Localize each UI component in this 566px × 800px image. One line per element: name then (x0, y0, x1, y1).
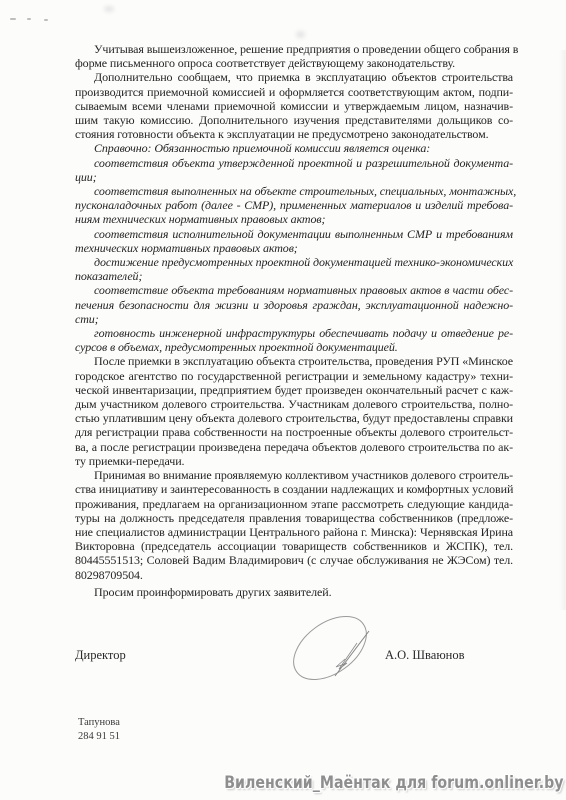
document-paragraph: соответствия объекта утвержденной проект… (75, 156, 513, 184)
document-line: печения безопасности для жизни и здоровь… (75, 298, 513, 312)
document-line: для регистрации права собственности на п… (75, 425, 513, 439)
handwritten-signature-mark (272, 600, 397, 695)
document-line: сываемым всеми членами приемочной комисс… (75, 99, 513, 113)
document-line: производится приемочной комиссией и офор… (75, 85, 513, 99)
scan-smudge (104, 6, 114, 12)
scan-speck (27, 18, 31, 20)
document-line: форме письменного опроса соответствует д… (75, 56, 513, 70)
document-line: Викторовна (председатель ассоциации това… (75, 539, 513, 553)
document-line: показателей; (75, 269, 513, 283)
document-line: шим такую комиссию. Дополнительного изуч… (75, 113, 513, 127)
document-line: дым участником долевого строительства. У… (75, 397, 513, 411)
document-line: туры на должность председателя правления… (75, 511, 513, 525)
document-line: сти; (75, 312, 513, 326)
forum-watermark: Виленский_Маёнтак для forum.onliner.by (225, 773, 564, 792)
document-line: городское агентство по государственной р… (75, 369, 513, 383)
document-paragraph: Дополнительно сообщаем, что приемка в эк… (75, 70, 513, 141)
document-line: Просим проинформировать других заявителе… (75, 585, 513, 599)
scanned-letter-page: Учитывая вышеизложенное, решение предпри… (0, 0, 566, 800)
document-line: готовность инженерной инфраструктуры обе… (75, 326, 513, 340)
scan-smudge (296, 31, 305, 38)
document-line: 80298709504. (75, 568, 513, 582)
document-line: Справочно: Обязанностью приемочной комис… (75, 141, 513, 155)
document-line: пусконаладочных работ (далее - СМР), при… (75, 198, 513, 212)
document-paragraph: соответствия выполненных на объекте стро… (75, 184, 513, 227)
signatory-name: А.О. Шваюнов (385, 648, 465, 663)
document-line: ние специалистов администрации Центральн… (75, 525, 513, 539)
document-line: ту приемки-передачи. (75, 454, 513, 468)
document-line: Дополнительно сообщаем, что приемка в эк… (75, 70, 513, 84)
document-line: соответствия выполненных на объекте стро… (75, 184, 513, 198)
document-body: Учитывая вышеизложенное, решение предпри… (75, 42, 513, 599)
document-line: соответствия объекта утвержденной проект… (75, 156, 513, 170)
document-line: 80445551513; Соловей Вадим Владимирович … (75, 553, 513, 567)
document-line: достижение предусмотренных проектной док… (75, 255, 513, 269)
document-paragraph: После приемки в эксплуатацию объекта стр… (75, 354, 513, 468)
document-paragraph: Просим проинформировать других заявителе… (75, 585, 513, 599)
document-line: Принимая во внимание проявляемую коллект… (75, 468, 513, 482)
document-line: ства инициативу и заинтересованность в с… (75, 482, 513, 496)
document-paragraph: достижение предусмотренных проектной док… (75, 255, 513, 283)
document-paragraph: Справочно: Обязанностью приемочной комис… (75, 141, 513, 155)
document-line: ниям технических нормативных правовых ак… (75, 212, 513, 226)
document-line: стью уплатившим цену объекта долевого ст… (75, 411, 513, 425)
director-title: Директор (75, 648, 126, 663)
document-line: Учитывая вышеизложенное, решение предпри… (75, 42, 513, 56)
executor-phone: 284 91 51 (78, 730, 120, 744)
document-line: ва, а после регистрации произведена пере… (75, 440, 513, 454)
document-paragraph: соответствия исполнительной документации… (75, 227, 513, 255)
document-paragraph: Принимая во внимание проявляемую коллект… (75, 468, 513, 582)
document-line: соответствие объекта требованиям нормати… (75, 283, 513, 297)
document-line: ции; (75, 170, 513, 184)
document-line: После приемки в эксплуатацию объекта стр… (75, 354, 513, 368)
scan-speck (44, 19, 48, 21)
document-paragraph: готовность инженерной инфраструктуры обе… (75, 326, 513, 354)
executor-block: Тапунова 284 91 51 (78, 716, 120, 743)
document-line: стояния готовности объекта к эксплуатаци… (75, 127, 513, 141)
document-line: соответствия исполнительной документации… (75, 227, 513, 241)
document-paragraph: Учитывая вышеизложенное, решение предпри… (75, 42, 513, 70)
document-line: проживания, предлагаем на организационно… (75, 497, 513, 511)
scan-speck (10, 18, 16, 20)
document-line: технических нормативных правовых актов; (75, 241, 513, 255)
page-edge-shadow (559, 50, 566, 610)
document-line: ческой инвентаризации, предприятием буде… (75, 383, 513, 397)
executor-name: Тапунова (78, 716, 120, 730)
document-line: сурсов в объемах, предусмотренных проект… (75, 340, 513, 354)
document-paragraph: соответствие объекта требованиям нормати… (75, 283, 513, 326)
